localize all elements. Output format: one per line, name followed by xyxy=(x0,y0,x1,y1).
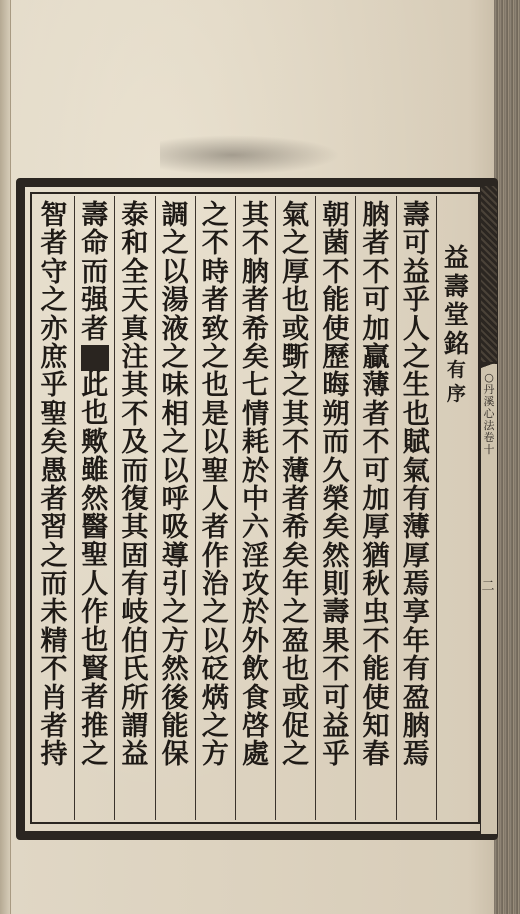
character: 之 xyxy=(162,599,189,627)
character: 固 xyxy=(121,543,148,571)
character: 者 xyxy=(41,230,68,258)
character: 所 xyxy=(121,685,148,713)
character: 保 xyxy=(162,741,189,769)
character: 或 xyxy=(282,685,309,713)
character: 相 xyxy=(162,401,189,429)
character: 伯 xyxy=(121,628,148,656)
character: 者 xyxy=(363,401,390,429)
character: 歟 xyxy=(81,429,108,457)
text-column: 氣之厚也或斲之其不薄者希矣年之盈也或促之 xyxy=(275,196,315,820)
character: 其 xyxy=(121,514,148,542)
character: 不 xyxy=(363,628,390,656)
character: 天 xyxy=(121,287,148,315)
character: 果 xyxy=(322,628,349,656)
character: 中 xyxy=(242,486,269,514)
character: 猶 xyxy=(363,543,390,571)
character: 生 xyxy=(403,372,430,400)
character: 虫 xyxy=(363,599,390,627)
character: 能 xyxy=(162,713,189,741)
character: 淫 xyxy=(242,543,269,571)
character: 也 xyxy=(282,656,309,684)
character: 者 xyxy=(202,514,229,542)
character: 氣 xyxy=(282,202,309,230)
banxin-page-number: 二 xyxy=(481,575,495,594)
character: 湯 xyxy=(162,287,189,315)
character: 之 xyxy=(41,287,68,315)
character: 者 xyxy=(242,287,269,315)
character: 加 xyxy=(363,316,390,344)
character: 加 xyxy=(363,486,390,514)
character: 矣 xyxy=(41,429,68,457)
character: 之 xyxy=(202,202,229,230)
character: 液 xyxy=(162,316,189,344)
character: 愚 xyxy=(41,458,68,486)
character: 是 xyxy=(202,401,229,429)
character: 焉 xyxy=(403,571,430,599)
character: 者 xyxy=(282,486,309,514)
character: 而 xyxy=(322,429,349,457)
character: 厚 xyxy=(282,259,309,287)
character: 之 xyxy=(282,230,309,258)
character: 可 xyxy=(322,685,349,713)
character: 壽 xyxy=(403,202,430,230)
character: 晦 xyxy=(322,372,349,400)
character: 菌 xyxy=(322,230,349,258)
character: 外 xyxy=(242,628,269,656)
character: 作 xyxy=(81,599,108,627)
character: 和 xyxy=(121,230,148,258)
character: 呼 xyxy=(162,486,189,514)
character: 能 xyxy=(363,656,390,684)
character: 希 xyxy=(282,514,309,542)
character: 焫 xyxy=(202,685,229,713)
character: 則 xyxy=(322,571,349,599)
character: 亦 xyxy=(41,316,68,344)
text-column: 其不朒者希矣七情耗於中六淫攻於外飲食啓處 xyxy=(235,196,275,820)
character: 後 xyxy=(162,685,189,713)
character: 不 xyxy=(242,230,269,258)
character: 可 xyxy=(363,458,390,486)
character: 希 xyxy=(242,316,269,344)
character: 春 xyxy=(363,741,390,769)
character: 之 xyxy=(41,543,68,571)
character: 方 xyxy=(202,741,229,769)
character: 乎 xyxy=(41,372,68,400)
character: 贏 xyxy=(363,344,390,372)
character: 吸 xyxy=(162,514,189,542)
character: 之 xyxy=(282,372,309,400)
character: 飲 xyxy=(242,656,269,684)
character: 榮 xyxy=(322,486,349,514)
character: 之 xyxy=(162,344,189,372)
character: 有 xyxy=(403,486,430,514)
text-column: 智者守之亦庶乎聖矣愚者習之而未精不肖者持 xyxy=(34,196,74,820)
text-column: 之不時者致之也是以聖人者作治之以砭焫之方 xyxy=(195,196,235,820)
character: 朝 xyxy=(322,202,349,230)
center-margin-banxin xyxy=(480,186,497,834)
character: 作 xyxy=(202,543,229,571)
character: 可 xyxy=(363,287,390,315)
character: 雖 xyxy=(81,457,108,485)
character: 命 xyxy=(81,230,108,258)
character: 不 xyxy=(363,259,390,287)
character: 壽 xyxy=(322,599,349,627)
character: 不 xyxy=(322,259,349,287)
character: 方 xyxy=(162,628,189,656)
character: 人 xyxy=(81,571,108,599)
character: 砭 xyxy=(202,656,229,684)
character: 有 xyxy=(403,656,430,684)
character: 以 xyxy=(162,458,189,486)
character: 益 xyxy=(322,713,349,741)
character: 聖 xyxy=(81,542,108,570)
character: 之 xyxy=(282,741,309,769)
character: 知 xyxy=(363,713,390,741)
character: 强 xyxy=(81,287,108,315)
character: 以 xyxy=(162,259,189,287)
character: 然 xyxy=(162,656,189,684)
character: 調 xyxy=(162,202,189,230)
character: 斲 xyxy=(282,344,309,372)
character: 盈 xyxy=(403,685,430,713)
character: 六 xyxy=(242,514,269,542)
character: 盈 xyxy=(282,628,309,656)
text-column: 朒者不可加贏薄者不可加厚猶秋虫不能使知春 xyxy=(355,196,395,820)
character: 年 xyxy=(403,628,430,656)
character: 導 xyxy=(162,543,189,571)
character: 之 xyxy=(282,599,309,627)
character: 享 xyxy=(403,599,430,627)
character: 之 xyxy=(81,741,108,769)
character: 壽 xyxy=(81,202,108,230)
character: 歷 xyxy=(322,344,349,372)
character: 之 xyxy=(162,230,189,258)
character: 之 xyxy=(162,429,189,457)
character: 或 xyxy=(282,316,309,344)
character: 治 xyxy=(202,571,229,599)
character: 此 xyxy=(81,372,108,400)
character: 不 xyxy=(41,656,68,684)
character: 然 xyxy=(81,486,108,514)
character: 情 xyxy=(242,401,269,429)
character: 其 xyxy=(242,202,269,230)
text-column: 壽命而强者此也歟雖然醫聖人作也賢者推之 xyxy=(74,196,114,820)
character: 之 xyxy=(202,344,229,372)
character: 薄 xyxy=(282,458,309,486)
character: 未 xyxy=(41,599,68,627)
character: 氣 xyxy=(403,458,430,486)
title-character: 銘 xyxy=(444,330,469,359)
character: 益 xyxy=(121,741,148,769)
character: 於 xyxy=(242,599,269,627)
character: 有 xyxy=(121,571,148,599)
character: 七 xyxy=(242,372,269,400)
banxin-title: ○丹溪心法卷十 xyxy=(482,372,496,456)
character: 之 xyxy=(202,713,229,741)
character: 者 xyxy=(41,486,68,514)
character: 促 xyxy=(282,713,309,741)
character: 者 xyxy=(81,316,108,344)
character: 守 xyxy=(41,259,68,287)
character: 岐 xyxy=(121,599,148,627)
character: 持 xyxy=(41,741,68,769)
character: 氏 xyxy=(121,656,148,684)
character: 朒 xyxy=(363,202,390,230)
character: 而 xyxy=(81,259,108,287)
character: 智 xyxy=(41,202,68,230)
character: 而 xyxy=(41,571,68,599)
character: 能 xyxy=(322,287,349,315)
character: 不 xyxy=(322,656,349,684)
character: 庶 xyxy=(41,344,68,372)
character: 矣 xyxy=(322,514,349,542)
character: 食 xyxy=(242,685,269,713)
character: 焉 xyxy=(403,741,430,769)
character: 耗 xyxy=(242,429,269,457)
character: 不 xyxy=(282,429,309,457)
character: 使 xyxy=(363,685,390,713)
character: 謂 xyxy=(121,713,148,741)
text-column: 朝菌不能使歷晦朔而久榮矣然則壽果不可益乎 xyxy=(315,196,355,820)
binding-fold-left xyxy=(0,0,11,914)
character: 年 xyxy=(282,571,309,599)
character: 推 xyxy=(81,713,108,741)
character: 之 xyxy=(202,599,229,627)
character: 聖 xyxy=(202,458,229,486)
character: 賦 xyxy=(403,429,430,457)
text-block: 益壽堂銘有序 壽可益乎人之生也賦氣有薄厚焉享年有盈朒焉 朒者不可加贏薄者不可加厚… xyxy=(34,196,476,820)
character: 而 xyxy=(121,458,148,486)
character: 人 xyxy=(202,486,229,514)
title-note-character: 有 xyxy=(447,358,466,382)
character: 啓 xyxy=(242,713,269,741)
title-character: 壽 xyxy=(444,273,469,302)
character: 也 xyxy=(81,400,108,428)
character: 者 xyxy=(363,230,390,258)
character: 久 xyxy=(322,458,349,486)
character: 引 xyxy=(162,571,189,599)
character: 者 xyxy=(41,713,68,741)
character: 不 xyxy=(363,429,390,457)
text-column: 調之以湯液之味相之以呼吸導引之方然後能保 xyxy=(155,196,195,820)
character: 也 xyxy=(202,372,229,400)
character: 處 xyxy=(242,741,269,769)
character: 薄 xyxy=(403,514,430,542)
character: 之 xyxy=(403,344,430,372)
text-column: 壽可益乎人之生也賦氣有薄厚焉享年有盈朒焉 xyxy=(396,196,436,820)
character: 真 xyxy=(121,316,148,344)
character: 以 xyxy=(202,429,229,457)
ink-smudge xyxy=(160,135,340,175)
banxin-character: 十 xyxy=(484,444,495,456)
character: 秋 xyxy=(363,571,390,599)
character: 厚 xyxy=(363,514,390,542)
character: 使 xyxy=(322,316,349,344)
title-character: 堂 xyxy=(444,301,469,330)
character: 矣 xyxy=(282,543,309,571)
character: 聖 xyxy=(41,401,68,429)
character: 然 xyxy=(322,543,349,571)
character: 精 xyxy=(41,628,68,656)
character: 時 xyxy=(202,259,229,287)
character: 乎 xyxy=(403,287,430,315)
character: 矣 xyxy=(242,344,269,372)
character: 全 xyxy=(121,259,148,287)
character: 朒 xyxy=(403,713,430,741)
character: 朒 xyxy=(242,259,269,287)
character: 其 xyxy=(121,372,148,400)
character: 乎 xyxy=(322,741,349,769)
character: 薄 xyxy=(363,372,390,400)
character: 賢 xyxy=(81,656,108,684)
character: 也 xyxy=(81,627,108,655)
character: 也 xyxy=(282,287,309,315)
character: 益 xyxy=(403,259,430,287)
character: 不 xyxy=(121,401,148,429)
title-character: 益 xyxy=(444,244,469,273)
character: 攻 xyxy=(242,571,269,599)
character: 習 xyxy=(41,514,68,542)
character: 不 xyxy=(202,230,229,258)
character: 者 xyxy=(81,684,108,712)
character: 於 xyxy=(242,458,269,486)
character: 復 xyxy=(121,486,148,514)
character: 致 xyxy=(202,316,229,344)
character: 人 xyxy=(403,316,430,344)
character: 注 xyxy=(121,344,148,372)
character: 其 xyxy=(282,401,309,429)
banxin-black-mouth xyxy=(481,186,497,364)
character: 及 xyxy=(121,429,148,457)
character: 朔 xyxy=(322,401,349,429)
character: 泰 xyxy=(121,202,148,230)
character: 醫 xyxy=(81,514,108,542)
character: 肖 xyxy=(41,685,68,713)
title-note-character: 序 xyxy=(447,382,466,406)
character: 也 xyxy=(403,401,430,429)
character: 厚 xyxy=(403,543,430,571)
character: 以 xyxy=(202,628,229,656)
blank-ink-block xyxy=(81,345,109,371)
character: 味 xyxy=(162,372,189,400)
text-column: 泰和全天真注其不及而復其固有岐伯氏所謂益 xyxy=(114,196,154,820)
character: 可 xyxy=(403,230,430,258)
character: 者 xyxy=(202,287,229,315)
title-column: 益壽堂銘有序 xyxy=(436,196,476,820)
